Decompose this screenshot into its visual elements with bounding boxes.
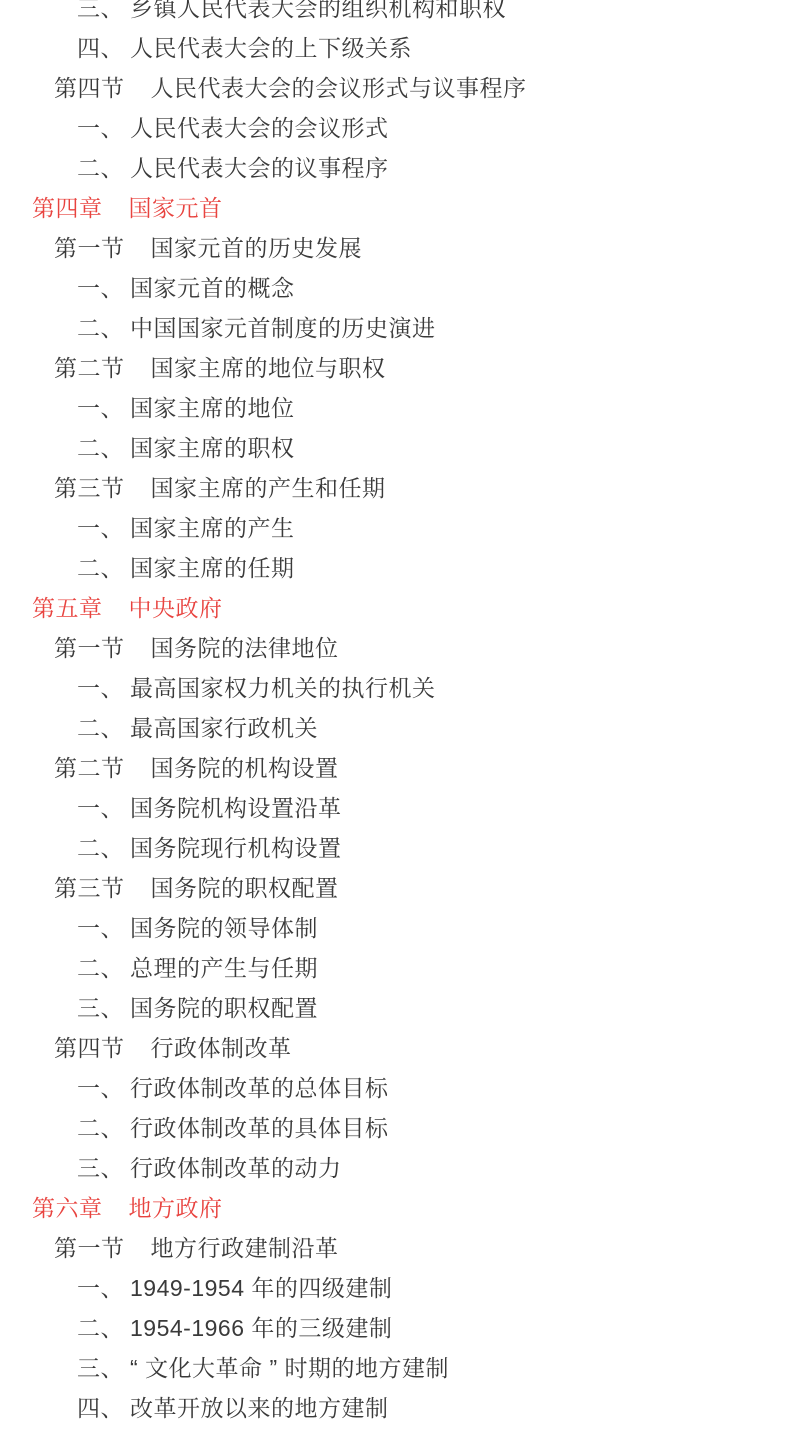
toc-section-line: 第三节国家主席的产生和任期 [0, 468, 790, 508]
toc-entry-number: 二、 [77, 308, 124, 348]
toc-item-line: 一、国务院机构设置沿革 [0, 788, 790, 828]
toc-entry-title: 国务院机构设置沿革 [130, 795, 342, 821]
toc-entry-number: 二、 [77, 548, 124, 588]
toc-entry-title: 国家主席的任期 [130, 555, 295, 581]
toc-item-line: 三、行政体制改革的动力 [0, 1148, 790, 1188]
toc-item-line: 一、1949-1954 年的四级建制 [0, 1268, 790, 1308]
toc-entry-number: 第二节 [54, 348, 125, 388]
toc-entry-title: 人民代表大会的会议形式与议事程序 [151, 75, 527, 101]
toc-entry-number: 一、 [77, 1268, 124, 1308]
toc-item-line: 二、国务院现行机构设置 [0, 828, 790, 868]
toc-entry-title: 改革开放以来的地方建制 [130, 1395, 389, 1421]
toc-entry-title: 地方政府 [129, 1195, 223, 1221]
toc-entry-title: 国家主席的产生和任期 [151, 475, 386, 501]
toc-entry-title: 国务院的职权配置 [151, 875, 339, 901]
toc-item-line: 二、总理的产生与任期 [0, 948, 790, 988]
toc-entry-title: 人民代表大会的上下级关系 [130, 35, 412, 61]
toc-entry-title: 行政体制改革的动力 [130, 1155, 342, 1181]
toc-entry-title: 地方行政建制沿革 [151, 1235, 339, 1261]
toc-entry-title: 人民代表大会的会议形式 [130, 115, 389, 141]
toc-entry-number: 四、 [77, 28, 124, 68]
toc-item-line: 一、国家主席的产生 [0, 508, 790, 548]
toc-entry-number: 第二节 [54, 748, 125, 788]
toc-entry-title: 1949-1954 年的四级建制 [130, 1275, 392, 1301]
toc-entry-title: 国务院的法律地位 [151, 635, 339, 661]
toc-entry-number: 第六章 [32, 1188, 103, 1228]
toc-item-line: 一、人民代表大会的会议形式 [0, 108, 790, 148]
toc-entry-title: 中央政府 [129, 595, 223, 621]
toc-item-line: 二、国家主席的任期 [0, 548, 790, 588]
toc-entry-title: 总理的产生与任期 [130, 955, 318, 981]
toc-entry-number: 一、 [77, 908, 124, 948]
toc-entry-title: 国务院现行机构设置 [130, 835, 342, 861]
toc-entry-number: 一、 [77, 508, 124, 548]
table-of-contents: 三、乡镇人民代表大会的组织机构和职权四、人民代表大会的上下级关系第四节人民代表大… [0, 0, 790, 1428]
toc-section-line: 第四节行政体制改革 [0, 1028, 790, 1068]
toc-entry-number: 一、 [77, 268, 124, 308]
toc-section-line: 第一节国务院的法律地位 [0, 628, 790, 668]
toc-entry-number: 二、 [77, 148, 124, 188]
toc-chapter-line: 第六章地方政府 [0, 1188, 790, 1228]
toc-entry-title: 最高国家行政机关 [130, 715, 318, 741]
toc-entry-number: 三、 [77, 988, 124, 1028]
toc-entry-title: 国家主席的地位与职权 [151, 355, 386, 381]
toc-entry-number: 一、 [77, 388, 124, 428]
toc-entry-number: 第一节 [54, 1228, 125, 1268]
toc-section-line: 第一节国家元首的历史发展 [0, 228, 790, 268]
toc-entry-number: 第一节 [54, 228, 125, 268]
toc-section-line: 第四节人民代表大会的会议形式与议事程序 [0, 68, 790, 108]
toc-item-line: 一、行政体制改革的总体目标 [0, 1068, 790, 1108]
toc-item-line: 三、乡镇人民代表大会的组织机构和职权 [0, 0, 790, 28]
toc-entry-number: 一、 [77, 668, 124, 708]
toc-item-line: 二、1954-1966 年的三级建制 [0, 1308, 790, 1348]
toc-entry-number: 第四节 [54, 1028, 125, 1068]
toc-item-line: 二、行政体制改革的具体目标 [0, 1108, 790, 1148]
toc-entry-title: 国家元首的历史发展 [151, 235, 363, 261]
toc-item-line: 二、人民代表大会的议事程序 [0, 148, 790, 188]
toc-section-line: 第一节地方行政建制沿革 [0, 1228, 790, 1268]
toc-entry-title: 行政体制改革的总体目标 [130, 1075, 389, 1101]
toc-entry-number: 二、 [77, 708, 124, 748]
toc-entry-number: 一、 [77, 788, 124, 828]
toc-item-line: 三、国务院的职权配置 [0, 988, 790, 1028]
toc-entry-title: 人民代表大会的议事程序 [130, 155, 389, 181]
toc-entry-number: 四、 [77, 1388, 124, 1428]
toc-entry-number: 第五章 [32, 588, 103, 628]
toc-entry-title: 1954-1966 年的三级建制 [130, 1315, 392, 1341]
toc-item-line: 一、国务院的领导体制 [0, 908, 790, 948]
toc-entry-title: 最高国家权力机关的执行机关 [130, 675, 436, 701]
toc-item-line: 四、改革开放以来的地方建制 [0, 1388, 790, 1428]
toc-entry-number: 二、 [77, 948, 124, 988]
toc-item-line: 一、国家元首的概念 [0, 268, 790, 308]
toc-entry-title: 国家元首的概念 [130, 275, 295, 301]
toc-entry-title: 中国国家元首制度的历史演进 [130, 315, 436, 341]
toc-entry-number: 二、 [77, 828, 124, 868]
toc-entry-title: 国家主席的地位 [130, 395, 295, 421]
toc-entry-number: 二、 [77, 1108, 124, 1148]
toc-item-line: 二、最高国家行政机关 [0, 708, 790, 748]
toc-entry-number: 第三节 [54, 468, 125, 508]
toc-item-line: 一、最高国家权力机关的执行机关 [0, 668, 790, 708]
toc-chapter-line: 第五章中央政府 [0, 588, 790, 628]
toc-entry-number: 一、 [77, 108, 124, 148]
toc-entry-title: 国务院的职权配置 [130, 995, 318, 1021]
toc-entry-number: 第四节 [54, 68, 125, 108]
toc-entry-number: 第四章 [32, 188, 103, 228]
toc-item-line: 一、国家主席的地位 [0, 388, 790, 428]
toc-entry-title: 国务院的领导体制 [130, 915, 318, 941]
toc-entry-number: 二、 [77, 428, 124, 468]
toc-item-line: 三、“ 文化大革命 ” 时期的地方建制 [0, 1348, 790, 1388]
toc-section-line: 第二节国务院的机构设置 [0, 748, 790, 788]
toc-entry-title: 国家主席的产生 [130, 515, 295, 541]
toc-item-line: 二、中国国家元首制度的历史演进 [0, 308, 790, 348]
toc-section-line: 第二节国家主席的地位与职权 [0, 348, 790, 388]
toc-entry-number: 三、 [77, 1348, 124, 1388]
toc-entry-title: “ 文化大革命 ” 时期的地方建制 [130, 1355, 449, 1381]
toc-section-line: 第三节国务院的职权配置 [0, 868, 790, 908]
toc-chapter-line: 第四章国家元首 [0, 188, 790, 228]
toc-entry-number: 二、 [77, 1308, 124, 1348]
toc-entry-title: 国务院的机构设置 [151, 755, 339, 781]
toc-item-line: 二、国家主席的职权 [0, 428, 790, 468]
toc-entry-title: 国家元首 [129, 195, 223, 221]
toc-item-line: 四、人民代表大会的上下级关系 [0, 28, 790, 68]
toc-entry-number: 三、 [77, 1148, 124, 1188]
toc-entry-title: 行政体制改革 [151, 1035, 292, 1061]
toc-entry-number: 一、 [77, 1068, 124, 1108]
toc-entry-title: 行政体制改革的具体目标 [130, 1115, 389, 1141]
toc-entry-number: 第三节 [54, 868, 125, 908]
toc-entry-title: 乡镇人民代表大会的组织机构和职权 [130, 0, 506, 21]
toc-entry-title: 国家主席的职权 [130, 435, 295, 461]
toc-entry-number: 三、 [77, 0, 124, 28]
toc-entry-number: 第一节 [54, 628, 125, 668]
